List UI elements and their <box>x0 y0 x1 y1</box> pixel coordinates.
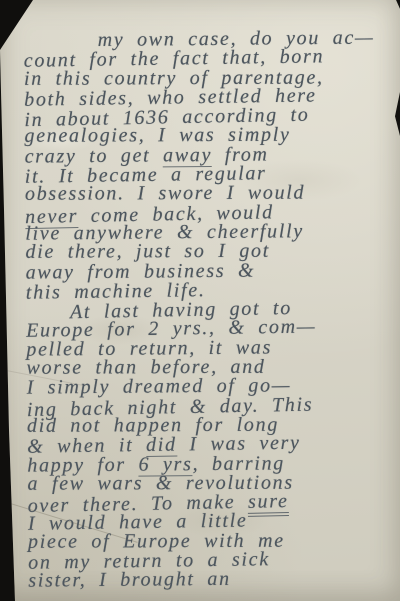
photo-background: my own case, do you ac— count for the fa… <box>0 0 400 601</box>
text-segment: & when it <box>27 434 146 458</box>
handwritten-text: my own case, do you ac— count for the fa… <box>24 28 400 591</box>
text-segment: on my return to a sick <box>28 548 270 574</box>
handwritten-line: worse than before, and <box>26 357 398 378</box>
handwritten-line: die there, just so I got <box>25 241 397 262</box>
text-segment: genealogies, I was simply <box>24 124 290 147</box>
text-segment: worse than before, and <box>26 356 265 379</box>
underlined-text: never <box>25 205 78 229</box>
handwritten-line: genealogies, I was simply <box>24 126 396 147</box>
underlined-text: did <box>146 434 177 457</box>
letter-page: my own case, do you ac— count for the fa… <box>0 0 400 601</box>
text-segment: die there, just so I got <box>25 240 270 263</box>
text-segment: I was very <box>177 432 301 456</box>
text-segment: come back, would <box>78 201 274 227</box>
